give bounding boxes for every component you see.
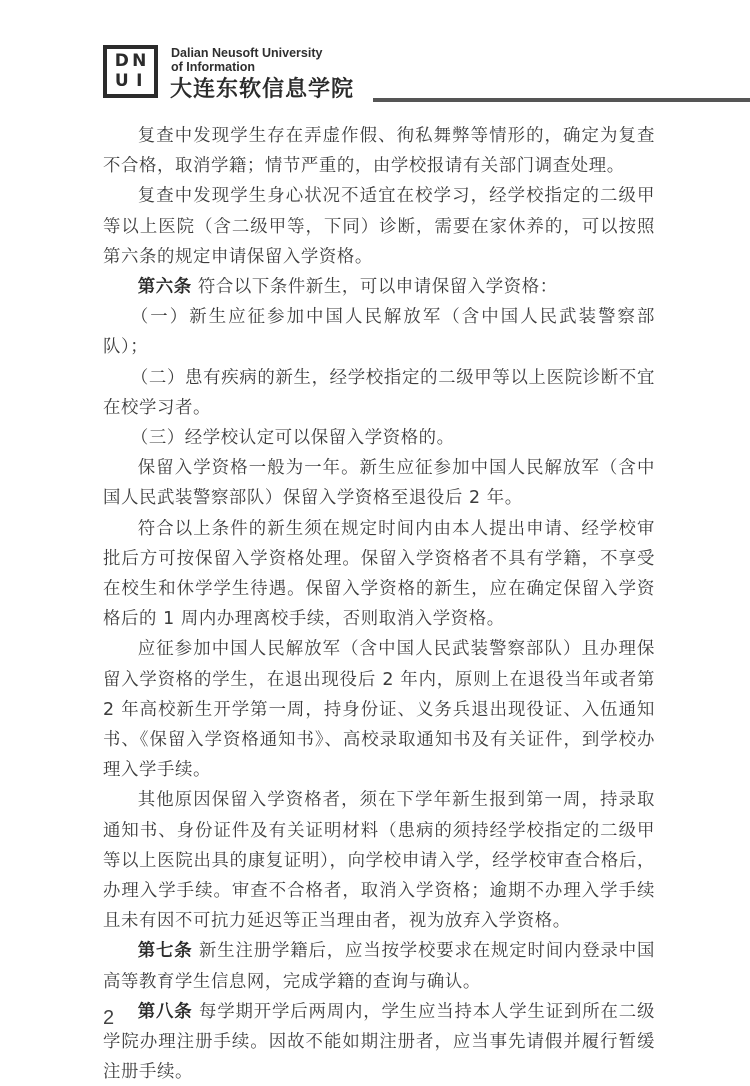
university-name-en-line1: Dalian Neusoft University: [171, 46, 322, 60]
article-7: 第七条 新生注册学籍后，应当按学校要求在规定时间内登录中国高等教育学生信息网，完…: [103, 936, 655, 996]
university-name-cn: 大连东软信息学院: [170, 77, 354, 103]
logo-letter: I: [131, 72, 149, 92]
article-8: 第八条 每学期开学后两周内，学生应当持本人学生证到所在二级学院办理注册手续。因故…: [103, 997, 655, 1086]
paragraph: 符合以上条件的新生须在规定时间内由本人提出申请、经学校审批后方可按保留入学资格处…: [103, 514, 655, 635]
article-label: 第六条: [138, 277, 192, 297]
list-item: （一）新生应征参加中国人民解放军（含中国人民武装警察部队）；: [103, 302, 655, 362]
article-6: 第六条 符合以下条件新生，可以申请保留入学资格：: [103, 272, 655, 302]
paragraph: 复查中发现学生存在弄虚作假、徇私舞弊等情形的，确定为复查不合格，取消学籍；情节严…: [103, 121, 655, 181]
paragraph-text: （三）经学校认定可以保留入学资格的。: [131, 428, 455, 448]
header-divider: [373, 98, 750, 102]
paragraph-text: 复查中发现学生存在弄虚作假、徇私舞弊等情形的，确定为复查不合格，取消学籍；情节严…: [103, 126, 655, 176]
document-body: 复查中发现学生存在弄虚作假、徇私舞弊等情形的，确定为复查不合格，取消学籍；情节严…: [103, 121, 655, 1086]
university-logo: D N U I: [103, 45, 158, 98]
article-label: 第八条: [138, 1002, 193, 1022]
university-name-en: Dalian Neusoft University of Information: [171, 46, 322, 74]
logo-letter: D: [113, 52, 131, 72]
paragraph: 其他原因保留入学资格者，须在下学年新生报到第一周，持录取通知书、身份证件及有关证…: [103, 785, 655, 936]
page-header: D N U I Dalian Neusoft University of Inf…: [103, 45, 750, 107]
logo-letter: U: [113, 72, 131, 92]
paragraph: 应征参加中国人民解放军（含中国人民武装警察部队）且办理保留入学资格的学生，在退出…: [103, 634, 655, 785]
paragraph-text: 符合以下条件新生，可以申请保留入学资格：: [192, 277, 558, 297]
page-number: 2: [103, 1007, 114, 1030]
paragraph-text: 保留入学资格一般为一年。新生应征参加中国人民解放军（含中国人民武装警察部队）保留…: [103, 458, 655, 508]
university-name-en-line2: of Information: [171, 60, 322, 74]
paragraph-text: （二）患有疾病的新生，经学校指定的二级甲等以上医院诊断不宜在校学习者。: [103, 368, 655, 418]
paragraph: 保留入学资格一般为一年。新生应征参加中国人民解放军（含中国人民武装警察部队）保留…: [103, 453, 655, 513]
article-label: 第七条: [138, 941, 193, 961]
paragraph-text: 应征参加中国人民解放军（含中国人民武装警察部队）且办理保留入学资格的学生，在退出…: [103, 639, 655, 780]
list-item: （二）患有疾病的新生，经学校指定的二级甲等以上医院诊断不宜在校学习者。: [103, 363, 655, 423]
paragraph: 复查中发现学生身心状况不适宜在校学习，经学校指定的二级甲等以上医院（含二级甲等，…: [103, 181, 655, 272]
paragraph-text: 其他原因保留入学资格者，须在下学年新生报到第一周，持录取通知书、身份证件及有关证…: [103, 790, 655, 931]
logo-letter: N: [131, 52, 149, 72]
paragraph-text: 符合以上条件的新生须在规定时间内由本人提出申请、经学校审批后方可按保留入学资格处…: [103, 519, 655, 630]
list-item: （三）经学校认定可以保留入学资格的。: [103, 423, 655, 453]
paragraph-text: 复查中发现学生身心状况不适宜在校学习，经学校指定的二级甲等以上医院（含二级甲等，…: [103, 186, 655, 266]
paragraph-text: （一）新生应征参加中国人民解放军（含中国人民武装警察部队）；: [103, 307, 655, 357]
